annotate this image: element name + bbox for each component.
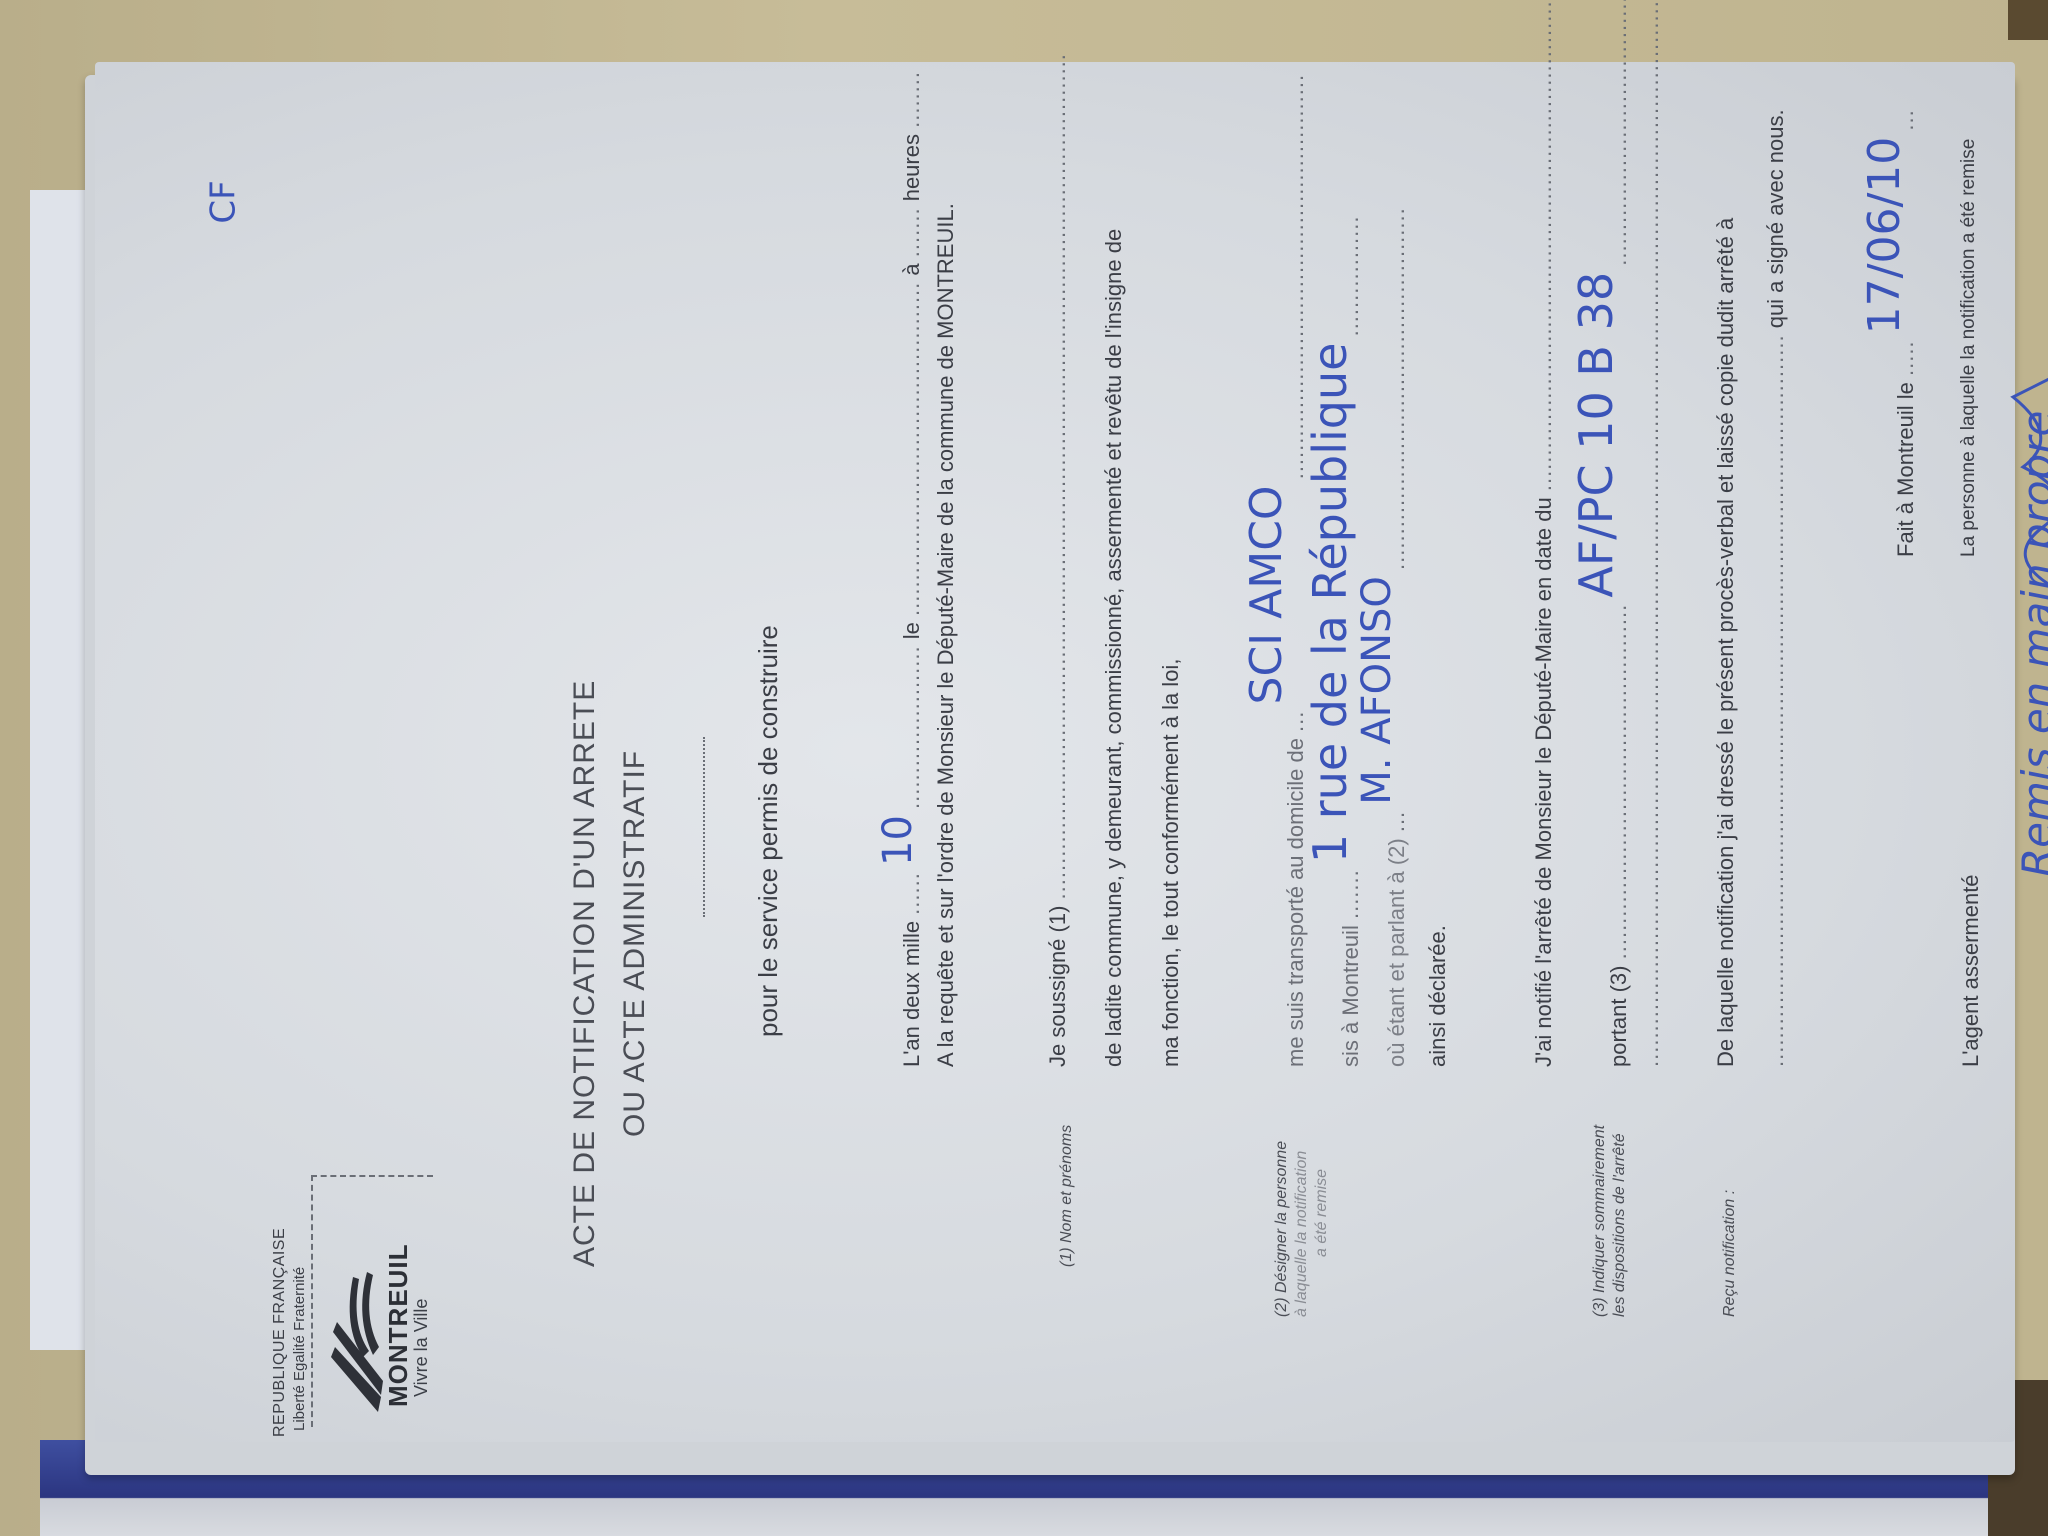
fonction-line: ma fonction, le tout conformément à la l… [1158, 659, 1184, 1067]
document-sheet: CF REPUBLIQUE FRANÇAISE Liberté Egalité … [95, 62, 2015, 1442]
year-value: 10 [875, 815, 921, 866]
soussigne-label: Je soussigné (1) [1045, 906, 1070, 1067]
portant-continuation: ........................................… [1638, 0, 1664, 1067]
requete-line: A la requête et sur l'ordre de Monsieur … [933, 203, 959, 1067]
document-title-line1: ACTE DE NOTIFICATION D'UN ARRETE [568, 680, 602, 1267]
parlant-label: où étant et parlant à (2) [1384, 838, 1409, 1067]
recu-notification-label: Reçu notification : [1721, 1190, 1739, 1317]
header-city-tagline: Vivre la Ville [411, 1299, 432, 1397]
header-republic: REPUBLIQUE FRANÇAISE [271, 1228, 289, 1437]
title-divider [703, 737, 705, 917]
address-value: 1 rue de la République [1303, 343, 1357, 864]
personne-label: La personne à laquelle la notification a… [1958, 139, 1980, 557]
header-motto: Liberté Egalité Fraternité [291, 1267, 308, 1431]
margin-note-2-line2: à laquelle la notification [1293, 1151, 1311, 1317]
rotated-page: REPUBLIQUE FRANÇAISE Liberté Egalité Fra… [163, 107, 2048, 1437]
notifie-line: J'ai notifié l'arrêté de Monsieur le Dép… [1531, 0, 1557, 1067]
portant-label: portant (3) [1606, 966, 1631, 1068]
agent-label: L'agent assermenté [1958, 874, 1984, 1067]
person-value: M. AFONSO [1354, 576, 1400, 805]
year-line: L'an deux mille ...... 10 ..............… [883, 71, 929, 1067]
a-label: à [899, 263, 924, 275]
margin-note-2-line3: a été remise [1313, 1169, 1331, 1257]
notifie-label: J'ai notifié l'arrêté de Monsieur le Dép… [1531, 497, 1556, 1067]
le-label: le [899, 622, 924, 639]
fait-date: 17/06/10 [1859, 137, 1910, 335]
person-line: où étant et parlant à (2) ... M. AFONSO … [1368, 207, 1414, 1067]
heures-label: heures [899, 134, 924, 201]
declaree-line: ainsi déclarée. [1425, 925, 1451, 1067]
sis-label: sis à Montreuil [1338, 925, 1363, 1067]
fait-label: Fait à Montreuil le [1893, 382, 1918, 557]
desk-surface [2008, 0, 2048, 40]
year-label: L'an deux mille [899, 921, 924, 1067]
header-city: MONTREUIL [383, 1243, 414, 1407]
margin-note-1: (1) Nom et prénoms [1058, 1125, 1076, 1267]
laquelle-line: De laquelle notification j'ai dressé le … [1713, 218, 1739, 1067]
commune-line: de ladite commune, y demeurant, commissi… [1101, 229, 1127, 1067]
margin-note-3-line1: (3) Indiquer sommairement [1591, 1125, 1609, 1317]
signe-line: ........................................… [1763, 109, 1789, 1067]
portant-line: portant (3) ............................… [1583, 0, 1637, 1067]
signe-label: qui a signé avec nous. [1763, 109, 1788, 328]
margin-note-3-line2: les dispositions de l'arrêté [1611, 1133, 1629, 1317]
document-title-line2: OU ACTE ADMINISTRATIF [618, 750, 652, 1137]
montreuil-logo-icon [323, 1267, 383, 1417]
document-subtitle: pour le service permis de construire [753, 625, 784, 1037]
signature-icon [1993, 357, 2048, 597]
domicile-value: SCI AMCO [1241, 485, 1292, 704]
fait-line: Fait à Montreuil le ..... 17/06/10 ... [1873, 109, 1924, 557]
soussigne-line: Je soussigné (1) .......................… [1045, 53, 1071, 1067]
portant-value: AF/PC 10 B 38 [1569, 272, 1623, 598]
margin-note-2-line1: (2) Désigner la personne [1273, 1141, 1291, 1317]
